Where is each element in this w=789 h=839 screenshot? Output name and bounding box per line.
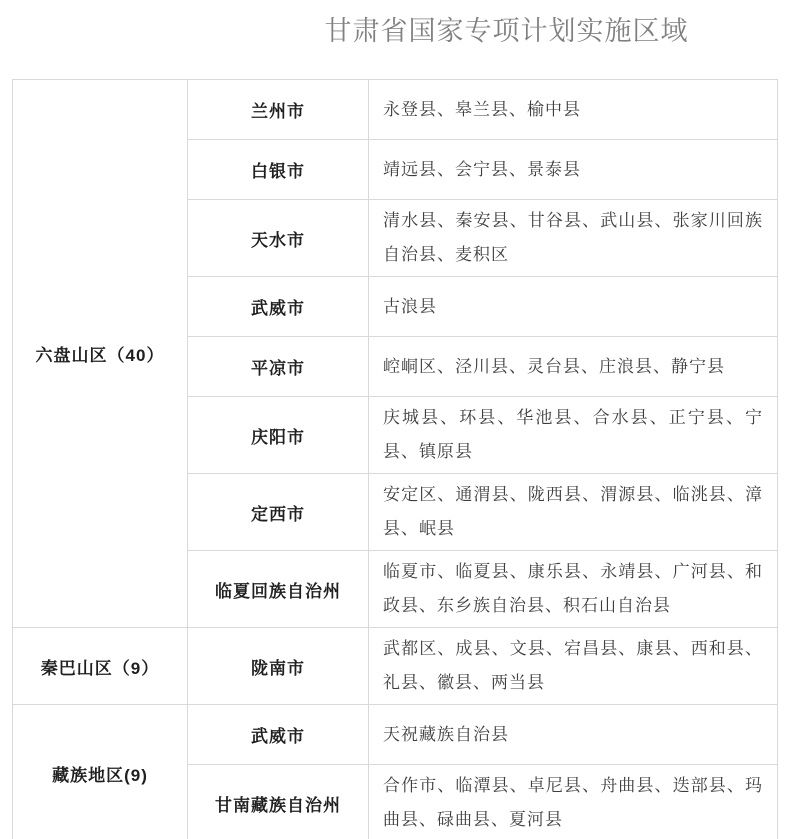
city-cell: 临夏回族自治州 (188, 551, 369, 628)
city-cell: 武威市 (188, 277, 369, 337)
page-title: 甘肃省国家专项计划实施区域 (224, 15, 789, 47)
page: 甘肃省国家专项计划实施区域 六盘山区（40） 兰州市 永登县、皋兰县、榆中县 白… (0, 0, 789, 839)
region-group-cell: 藏族地区(9) (13, 705, 188, 839)
counties-cell: 武都区、成县、文县、宕昌县、康县、西和县、礼县、徽县、两当县 (369, 628, 778, 705)
counties-cell: 安定区、通渭县、陇西县、渭源县、临洮县、漳县、岷县 (369, 474, 778, 551)
counties-cell: 永登县、皋兰县、榆中县 (369, 80, 778, 140)
counties-cell: 靖远县、会宁县、景泰县 (369, 140, 778, 200)
city-cell: 白银市 (188, 140, 369, 200)
city-cell: 武威市 (188, 705, 369, 765)
counties-cell: 临夏市、临夏县、康乐县、永靖县、广河县、和政县、东乡族自治县、积石山自治县 (369, 551, 778, 628)
city-cell: 平凉市 (188, 337, 369, 397)
counties-cell: 古浪县 (369, 277, 778, 337)
table-row: 秦巴山区（9） 陇南市 武都区、成县、文县、宕昌县、康县、西和县、礼县、徽县、两… (13, 628, 778, 705)
city-cell: 天水市 (188, 200, 369, 277)
city-cell: 兰州市 (188, 80, 369, 140)
city-cell: 定西市 (188, 474, 369, 551)
region-table-body: 六盘山区（40） 兰州市 永登县、皋兰县、榆中县 白银市 靖远县、会宁县、景泰县… (13, 80, 778, 839)
counties-cell: 崆峒区、泾川县、灵台县、庄浪县、静宁县 (369, 337, 778, 397)
city-cell: 庆阳市 (188, 397, 369, 474)
table-row: 藏族地区(9) 武威市 天祝藏族自治县 (13, 705, 778, 765)
counties-cell: 庆城县、环县、华池县、合水县、正宁县、宁县、镇原县 (369, 397, 778, 474)
region-table: 六盘山区（40） 兰州市 永登县、皋兰县、榆中县 白银市 靖远县、会宁县、景泰县… (12, 79, 778, 839)
city-cell: 陇南市 (188, 628, 369, 705)
table-row: 六盘山区（40） 兰州市 永登县、皋兰县、榆中县 (13, 80, 778, 140)
counties-cell: 合作市、临潭县、卓尼县、舟曲县、迭部县、玛曲县、碌曲县、夏河县 (369, 765, 778, 839)
region-group-cell: 六盘山区（40） (13, 80, 188, 628)
city-cell: 甘南藏族自治州 (188, 765, 369, 839)
counties-cell: 清水县、秦安县、甘谷县、武山县、张家川回族自治县、麦积区 (369, 200, 778, 277)
region-group-cell: 秦巴山区（9） (13, 628, 188, 705)
counties-cell: 天祝藏族自治县 (369, 705, 778, 765)
